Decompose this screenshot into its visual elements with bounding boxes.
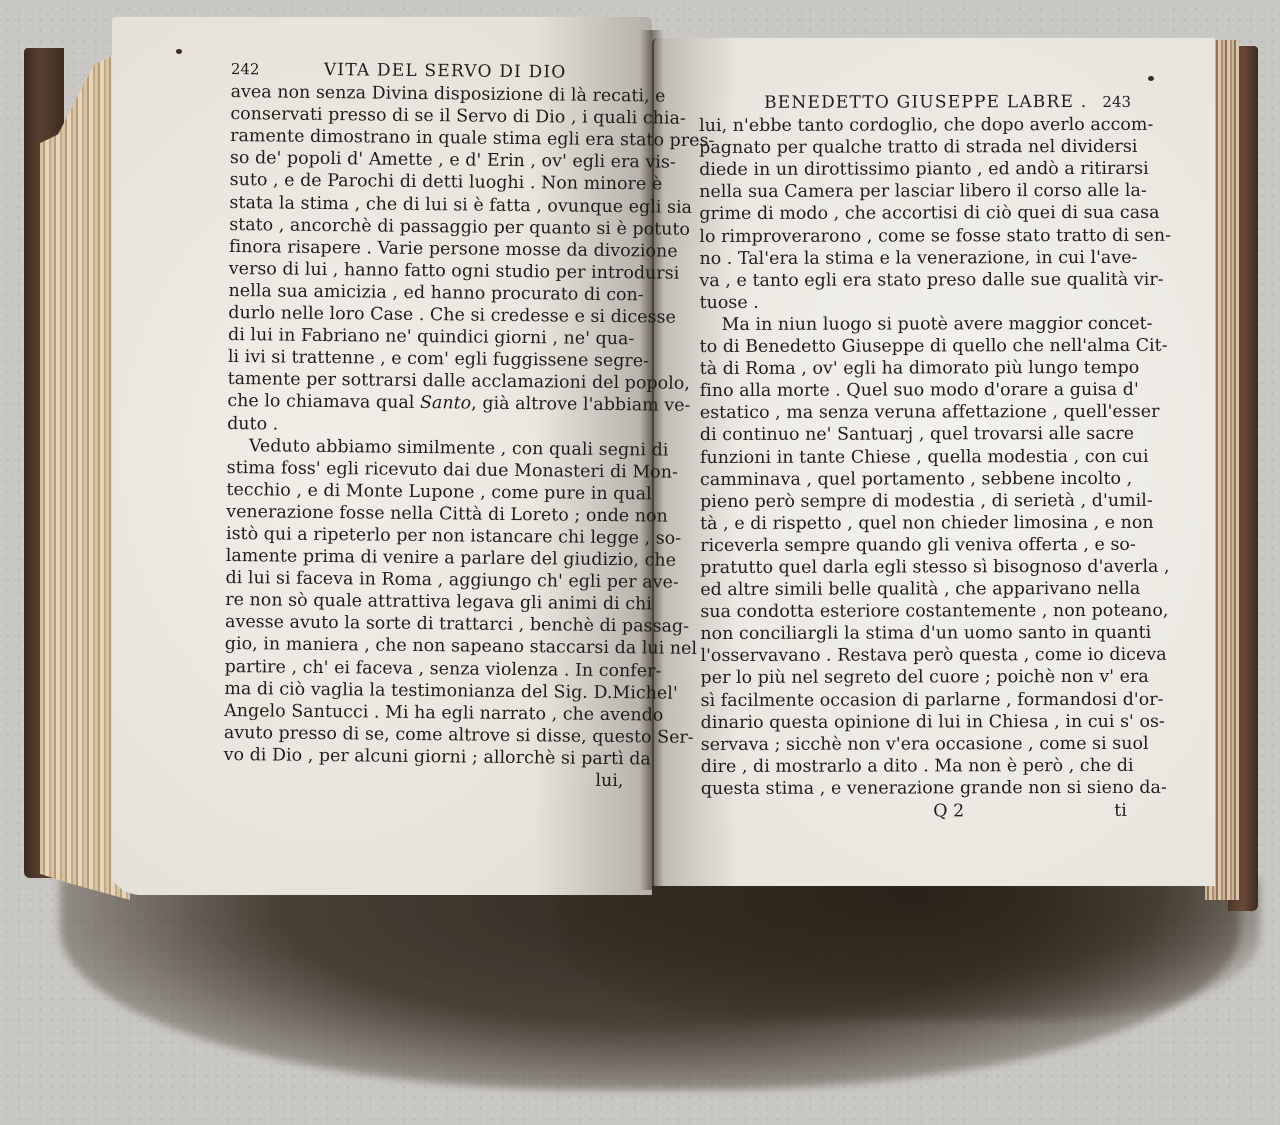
text-line-paragraph-start: Ma in niun luogo si puotè avere maggior … [700,313,1132,336]
right-page-text: BENEDETTO GIUSEPPE LABRE . 243 lui, n'eb… [699,91,1133,823]
text-line: tà , e di rispetto , quel non chieder li… [700,512,1132,535]
text-line: servava ; sicchè non v'era occasione , c… [701,733,1133,756]
signature-line: Q 2 ti [701,800,1133,823]
text-line: camminava , quel portamento , sebbene in… [700,467,1132,490]
book-photo-scene: 242 VITA DEL SERVO DI DIO avea non senza… [0,0,1280,1125]
printer-signature-mark: Q 2 [933,800,964,822]
text-line: questa stima , e venerazione grande non … [701,777,1133,800]
text-line: estatico , ma senza veruna affettazione … [700,401,1132,424]
text-line: tuose . [700,291,1132,314]
text-line: pieno però sempre di modestia , di serie… [700,490,1132,513]
text-fragment: , già altrove l'abbiam ve- [471,394,690,416]
catchword-right: ti [1114,800,1127,822]
left-page-text: 242 VITA DEL SERVO DI DIO avea non senza… [223,58,631,792]
page-number: 243 [1102,91,1131,113]
text-line: tà di Roma , ov' egli ha dimorato più lu… [700,357,1132,380]
text-line: pratutto quel darla egli stesso sì bisog… [700,556,1132,579]
catchword-left: lui, [223,766,623,792]
text-line: funzioni in tante Chiese , quella modest… [700,445,1132,468]
text-line: lo rimproverarono , come se fosse stato … [699,224,1131,247]
text-line: diede in un dirottissimo pianto , ed and… [699,158,1131,181]
text-line: l'osservavano . Restava però questa , co… [700,644,1132,667]
text-line: grime di modo , che accortisi di ciò que… [699,202,1131,225]
text-line: to di Benedetto Giuseppe di quello che n… [700,335,1132,358]
worm-hole-mark [1148,76,1154,81]
text-line: no . Tal'era la stima e la venerazione, … [699,247,1131,270]
page-number: 242 [231,58,260,80]
text-line: pagnato per qualche tratto di strada nel… [699,136,1131,159]
text-line: non conciliargli la stima d'un uomo sant… [700,622,1132,645]
text-fragment: che lo chiamava qual [227,391,420,413]
worm-hole-mark [176,49,182,54]
text-line: nella sua Camera per lasciar libero il c… [699,180,1131,203]
text-line: lui, n'ebbe tanto cordoglio, che dopo av… [699,114,1131,137]
running-head-right: BENEDETTO GIUSEPPE LABRE . 243 [699,91,1131,114]
running-head-title: BENEDETTO GIUSEPPE LABRE . [699,91,1102,114]
running-head-left: 242 VITA DEL SERVO DI DIO [231,58,631,84]
text-line: di continuo ne' Santuarj , quel trovarsi… [700,423,1132,446]
text-line: sua condotta esteriore costantemente , n… [700,600,1132,623]
text-line: per lo più nel segreto del cuore ; poich… [701,666,1133,689]
running-head-title: VITA DEL SERVO DI DIO [259,58,631,84]
text-line: dinario questa opinione di lui in Chiesa… [701,710,1133,733]
text-line-with-italic: che lo chiamava qual Santo, già altrove … [227,390,627,416]
text-line: riceverla sempre quando gli veniva offer… [700,534,1132,557]
text-line: va , e tanto egli era stato preso dalle … [699,269,1131,292]
italic-word: Santo [420,393,471,414]
text-line: fino alla morte . Quel suo modo d'orare … [700,379,1132,402]
text-line: ed altre simili belle qualità , che appa… [700,578,1132,601]
book-shadow-right [560,880,1260,1020]
text-line: sì facilmente occasion di parlarne , for… [701,688,1133,711]
text-line: dire , di mostrarlo a dito . Ma non è pe… [701,755,1133,778]
text-line: vo di Dio , per alcuni giorni ; allorchè… [224,744,624,770]
